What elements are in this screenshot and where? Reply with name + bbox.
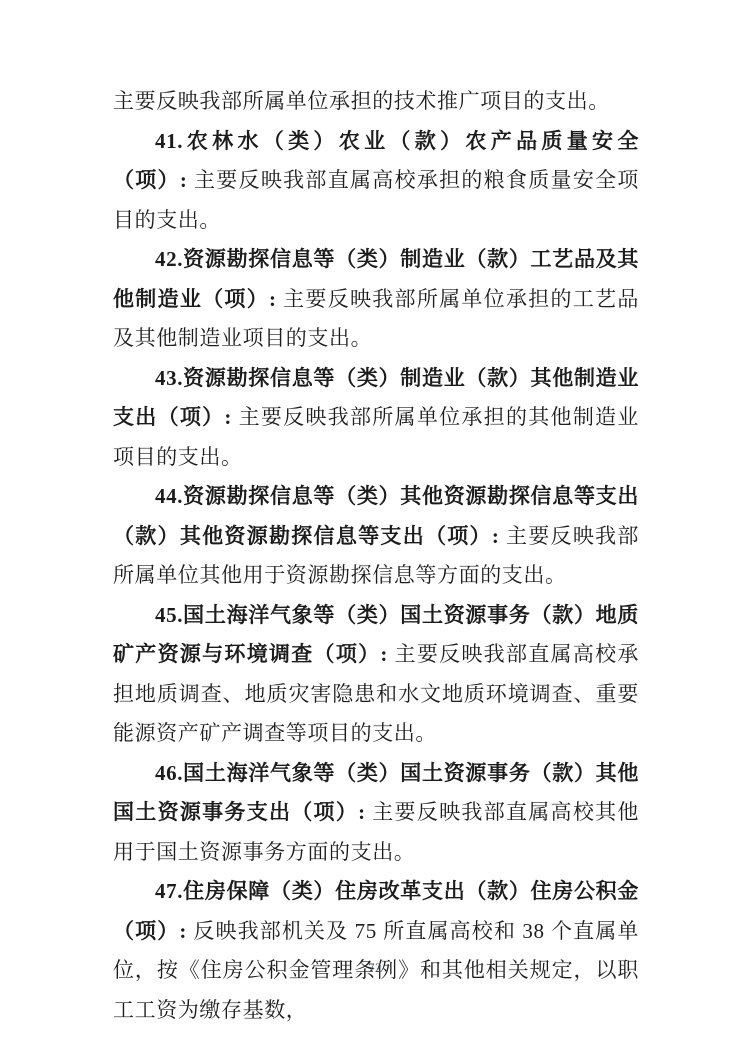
paragraph: 44.资源勘探信息等（类）其他资源勘探信息等支出（款）其他资源勘探信息等支出（项… xyxy=(113,477,639,596)
document-body: 主要反映我部所属单位承担的技术推广项目的支出。41.农林水（类）农业（款）农产品… xyxy=(113,82,639,1030)
paragraph: 42.资源勘探信息等（类）制造业（款）工艺品及其他制造业（项）: 主要反映我部所… xyxy=(113,240,639,359)
paragraph-body-text: 主要反映我部所属单位承担的技术推广项目的支出。 xyxy=(113,89,610,113)
paragraph: 45.国土海洋气象等（类）国土资源事务（款）地质矿产资源与环境调查（项）: 主要… xyxy=(113,596,639,754)
page-number: 72 xyxy=(0,960,750,976)
paragraph: 主要反映我部所属单位承担的技术推广项目的支出。 xyxy=(113,82,639,122)
paragraph: 46.国土海洋气象等（类）国土资源事务（款）其他国土资源事务支出（项）: 主要反… xyxy=(113,754,639,873)
document-page: 主要反映我部所属单位承担的技术推广项目的支出。41.农林水（类）农业（款）农产品… xyxy=(0,0,750,1060)
paragraph: 41.农林水（类）农业（款）农产品质量安全（项）: 主要反映我部直属高校承担的粮… xyxy=(113,122,639,241)
paragraph: 47.住房保障（类）住房改革支出（款）住房公积金（项）: 反映我部机关及 75 … xyxy=(113,872,639,1030)
paragraph: 43.资源勘探信息等（类）制造业（款）其他制造业支出（项）: 主要反映我部所属单… xyxy=(113,359,639,478)
